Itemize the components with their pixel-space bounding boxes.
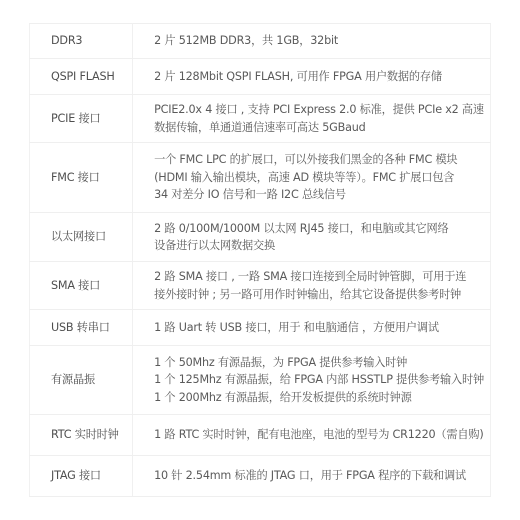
row-value: 10 针 2.54mm 标准的 JTAG 口，用于 FPGA 程序的下载和调试 <box>133 456 491 497</box>
value-line: 设备进行以太网数据交换 <box>154 237 484 255</box>
table-row: PCIE 接口 PCIE2.0x 4 接口 , 支持 PCI Express 2… <box>30 95 491 143</box>
row-label: JTAG 接口 <box>30 456 133 497</box>
value-line: PCIE2.0x 4 接口 , 支持 PCI Express 2.0 标准，提供… <box>154 101 484 119</box>
row-value: 1 路 Uart 转 USB 接口，用于 和电脑通信 ，方便用户调试 <box>133 310 491 346</box>
table-row: QSPI FLASH 2 片 128Mbit QSPI FLASH, 可用作 F… <box>30 59 491 95</box>
row-value: 1 路 RTC 实时时钟，配有电池座，电池的型号为 CR1220（需自购) <box>133 415 491 456</box>
table-row: JTAG 接口 10 针 2.54mm 标准的 JTAG 口，用于 FPGA 程… <box>30 456 491 497</box>
row-label: SMA 接口 <box>30 262 133 310</box>
row-value: 2 路 SMA 接口 , 一路 SMA 接口连接到全局时钟管脚，可用于连 接外接… <box>133 262 491 310</box>
table-row: 以太网接口 2 路 0/100M/1000M 以太网 RJ45 接口，和电脑或其… <box>30 213 491 262</box>
row-value: 2 片 128Mbit QSPI FLASH, 可用作 FPGA 用户数据的存储 <box>133 59 491 95</box>
value-line: 数据传输，单通道通信速率可高达 5GBaud <box>154 119 484 137</box>
value-line: 2 片 128Mbit QSPI FLASH, 可用作 FPGA 用户数据的存储 <box>154 68 484 86</box>
row-label: RTC 实时时钟 <box>30 415 133 456</box>
value-line: 一个 FMC LPC 的扩展口，可以外接我们黑金的各种 FMC 模块 <box>154 151 484 169</box>
row-label: QSPI FLASH <box>30 59 133 95</box>
value-line: 1 个 50Mhz 有源晶振，为 FPGA 提供参考输入时钟 <box>154 354 484 372</box>
row-value: 一个 FMC LPC 的扩展口，可以外接我们黑金的各种 FMC 模块 (HDMI… <box>133 143 491 213</box>
table-row: DDR3 2 片 512MB DDR3，共 1GB，32bit <box>30 24 491 59</box>
value-line: 34 对差分 IO 信号和一路 I2C 总线信号 <box>154 186 484 204</box>
value-line: (HDMI 输入输出模块，高速 AD 模块等等）。FMC 扩展口包含 <box>154 169 484 187</box>
value-line: 1 路 Uart 转 USB 接口，用于 和电脑通信 ，方便用户调试 <box>154 319 484 337</box>
row-value: 2 路 0/100M/1000M 以太网 RJ45 接口，和电脑或其它网络 设备… <box>133 213 491 262</box>
table-row: RTC 实时时钟 1 路 RTC 实时时钟，配有电池座，电池的型号为 CR122… <box>30 415 491 456</box>
value-line: 接外接时钟 ; 另一路可用作时钟输出，给其它设备提供参考时钟 <box>154 286 484 304</box>
table-row: SMA 接口 2 路 SMA 接口 , 一路 SMA 接口连接到全局时钟管脚，可… <box>30 262 491 310</box>
row-value: PCIE2.0x 4 接口 , 支持 PCI Express 2.0 标准，提供… <box>133 95 491 143</box>
value-line: 2 路 0/100M/1000M 以太网 RJ45 接口，和电脑或其它网络 <box>154 220 484 238</box>
row-label: PCIE 接口 <box>30 95 133 143</box>
row-label: 有源晶振 <box>30 346 133 415</box>
row-value: 2 片 512MB DDR3，共 1GB，32bit <box>133 24 491 59</box>
row-label: FMC 接口 <box>30 143 133 213</box>
row-label: 以太网接口 <box>30 213 133 262</box>
spec-table: DDR3 2 片 512MB DDR3，共 1GB，32bit QSPI FLA… <box>29 23 491 497</box>
value-line: 1 路 RTC 实时时钟，配有电池座，电池的型号为 CR1220（需自购) <box>154 426 484 444</box>
value-line: 10 针 2.54mm 标准的 JTAG 口，用于 FPGA 程序的下载和调试 <box>154 467 484 485</box>
row-label: USB 转串口 <box>30 310 133 346</box>
value-line: 2 片 512MB DDR3，共 1GB，32bit <box>154 32 484 50</box>
table-row: USB 转串口 1 路 Uart 转 USB 接口，用于 和电脑通信 ，方便用户… <box>30 310 491 346</box>
value-line: 1 个 200Mhz 有源晶振，给开发板提供的系统时钟源 <box>154 389 484 407</box>
table-row: FMC 接口 一个 FMC LPC 的扩展口，可以外接我们黑金的各种 FMC 模… <box>30 143 491 213</box>
value-line: 1 个 125Mhz 有源晶振，给 FPGA 内部 HSSTLP 提供参考输入时… <box>154 371 484 389</box>
row-value: 1 个 50Mhz 有源晶振，为 FPGA 提供参考输入时钟 1 个 125Mh… <box>133 346 491 415</box>
table-row: 有源晶振 1 个 50Mhz 有源晶振，为 FPGA 提供参考输入时钟 1 个 … <box>30 346 491 415</box>
row-label: DDR3 <box>30 24 133 59</box>
value-line: 2 路 SMA 接口 , 一路 SMA 接口连接到全局时钟管脚，可用于连 <box>154 268 484 286</box>
